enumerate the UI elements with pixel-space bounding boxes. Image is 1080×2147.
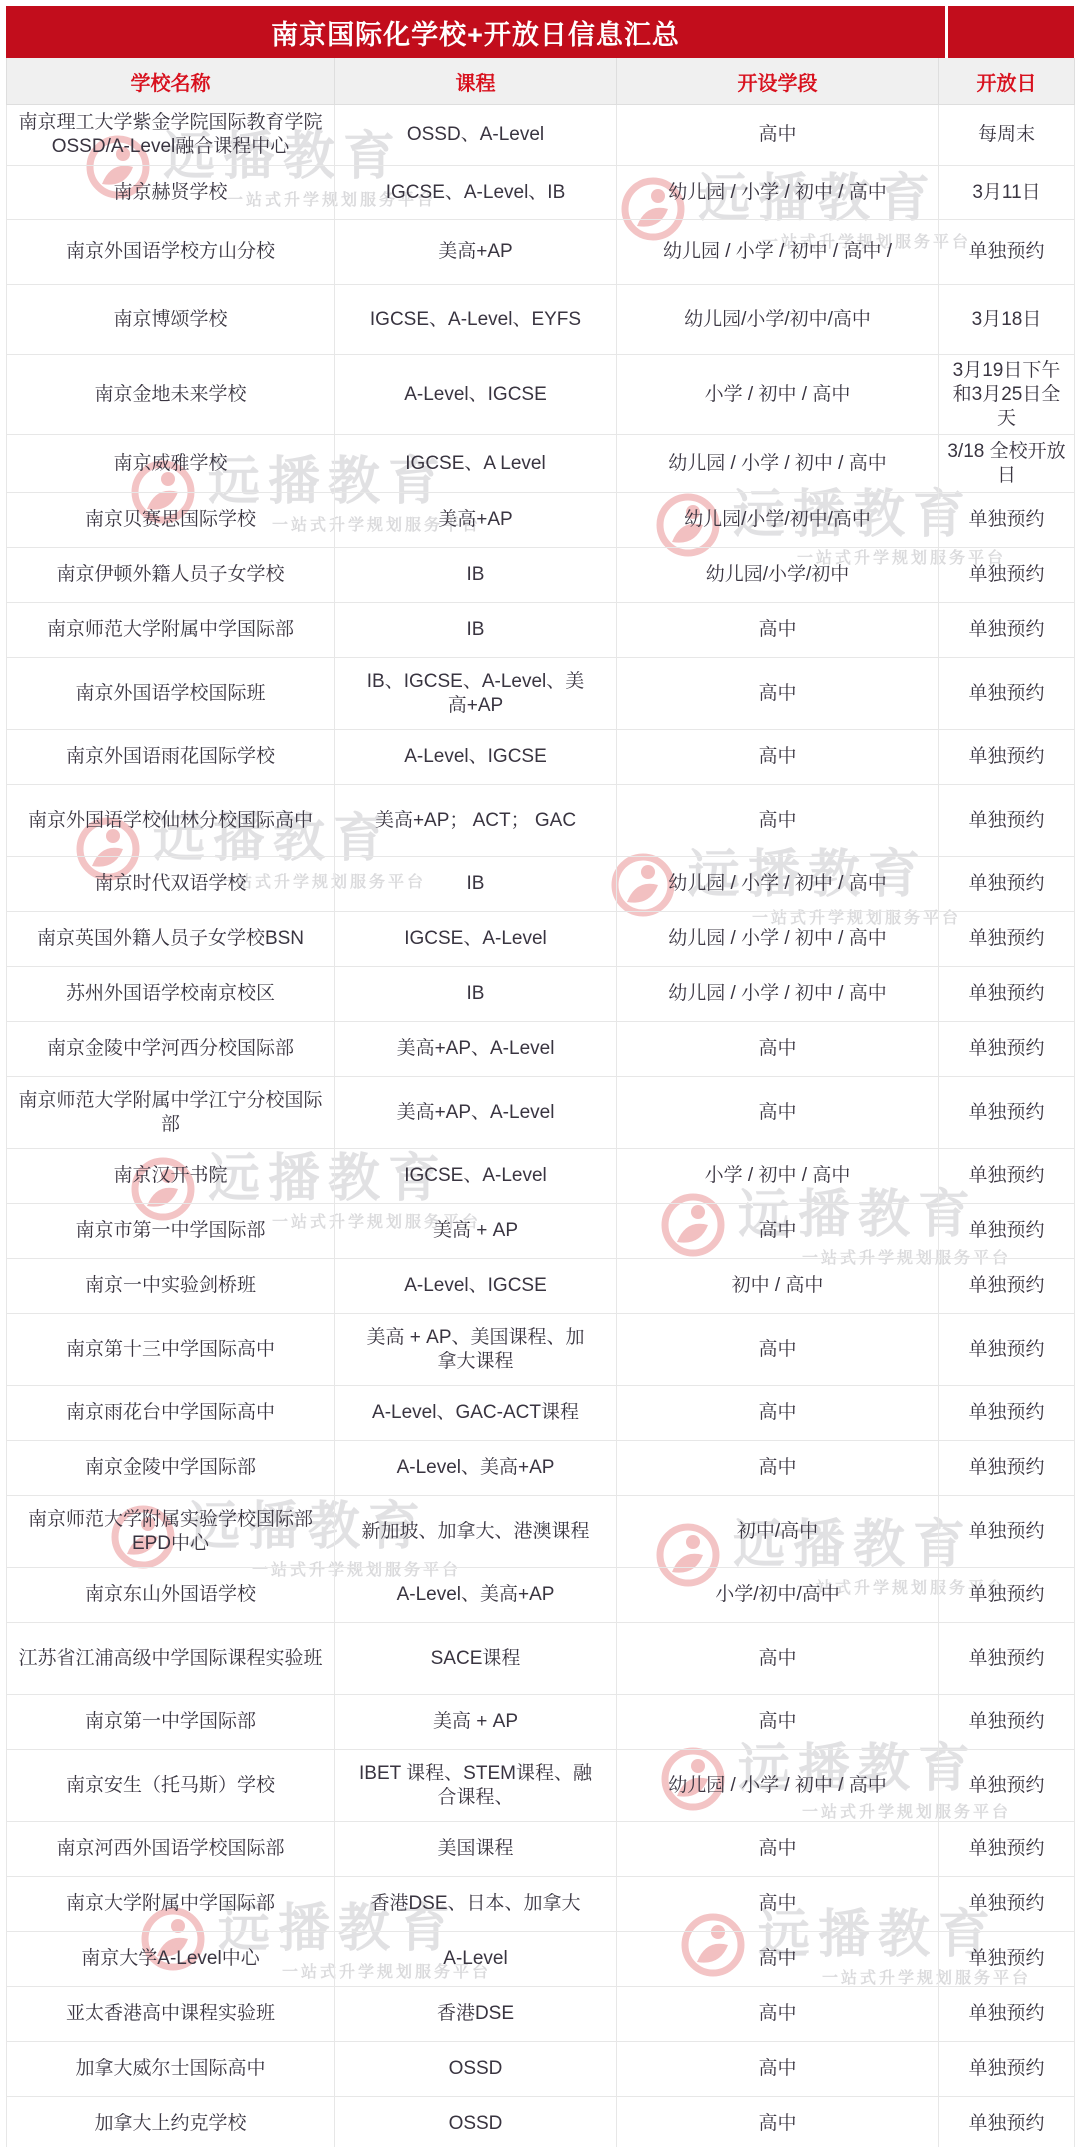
table-row: 加拿大上约克学校 OSSD 高中 单独预约 xyxy=(7,2097,1075,2147)
col-header-levels: 开设学段 xyxy=(617,58,939,105)
open-day-cell: 3月18日 xyxy=(939,285,1075,355)
table-row: 亚太香港高中课程实验班 香港DSE 高中 单独预约 xyxy=(7,1987,1075,2042)
courses-cell: 美高+AP xyxy=(335,220,617,285)
levels-cell: 高中 xyxy=(617,1204,939,1259)
table-row: 南京第十三中学国际高中 美高 + AP、美国课程、加拿大课程 高中 单独预约 xyxy=(7,1314,1075,1386)
levels-cell: 幼儿园 / 小学 / 初中 / 高中 xyxy=(617,166,939,220)
header-row: 学校名称 课程 开设学段 开放日 xyxy=(7,58,1075,105)
courses-cell: 美高+AP； ACT； GAC xyxy=(335,785,617,857)
table-row: 南京东山外国语学校 A-Level、美高+AP 小学/初中/高中 单独预约 xyxy=(7,1568,1075,1623)
school-name-cell: 南京师范大学附属中学国际部 xyxy=(7,603,335,658)
table-row: 南京一中实验剑桥班 A-Level、IGCSE 初中 / 高中 单独预约 xyxy=(7,1259,1075,1314)
col-header-courses: 课程 xyxy=(335,58,617,105)
levels-cell: 幼儿园 / 小学 / 初中 / 高中 xyxy=(617,1750,939,1822)
school-name-cell: 南京第十三中学国际高中 xyxy=(7,1314,335,1386)
table-row: 南京金陵中学河西分校国际部 美高+AP、A-Level 高中 单独预约 xyxy=(7,1022,1075,1077)
levels-cell: 高中 xyxy=(617,1441,939,1496)
school-name-cell: 南京外国语学校方山分校 xyxy=(7,220,335,285)
levels-cell: 幼儿园 / 小学 / 初中 / 高中 xyxy=(617,967,939,1022)
table-row: 南京威雅学校 IGCSE、A Level 幼儿园 / 小学 / 初中 / 高中 … xyxy=(7,435,1075,493)
levels-cell: 幼儿园 / 小学 / 初中 / 高中 xyxy=(617,435,939,493)
open-day-cell: 单独预约 xyxy=(939,2042,1075,2097)
open-day-cell: 单独预约 xyxy=(939,1822,1075,1877)
levels-cell: 高中 xyxy=(617,785,939,857)
courses-cell: A-Level、美高+AP xyxy=(335,1441,617,1496)
levels-cell: 高中 xyxy=(617,658,939,730)
open-day-cell: 每周末 xyxy=(939,105,1075,166)
courses-cell: IB xyxy=(335,967,617,1022)
table-row: 南京时代双语学校 IB 幼儿园 / 小学 / 初中 / 高中 单独预约 xyxy=(7,857,1075,912)
courses-cell: 美高+AP xyxy=(335,493,617,548)
levels-cell: 高中 xyxy=(617,1822,939,1877)
table-row: 南京师范大学附属中学国际部 IB 高中 单独预约 xyxy=(7,603,1075,658)
courses-cell: 美国课程 xyxy=(335,1822,617,1877)
levels-cell: 高中 xyxy=(617,1932,939,1987)
table-row: 加拿大威尔士国际高中 OSSD 高中 单独预约 xyxy=(7,2042,1075,2097)
levels-cell: 高中 xyxy=(617,1877,939,1932)
levels-cell: 高中 xyxy=(617,1695,939,1750)
table-row: 南京金地未来学校 A-Level、IGCSE 小学 / 初中 / 高中 3月19… xyxy=(7,355,1075,435)
courses-cell: 美高+AP、A-Level xyxy=(335,1022,617,1077)
table-row: 南京英国外籍人员子女学校BSN IGCSE、A-Level 幼儿园 / 小学 /… xyxy=(7,912,1075,967)
courses-cell: IGCSE、A-Level xyxy=(335,912,617,967)
school-name-cell: 加拿大威尔士国际高中 xyxy=(7,2042,335,2097)
levels-cell: 幼儿园/小学/初中 xyxy=(617,548,939,603)
table-row: 南京贝赛思国际学校 美高+AP 幼儿园/小学/初中/高中 单独预约 xyxy=(7,493,1075,548)
school-name-cell: 南京一中实验剑桥班 xyxy=(7,1259,335,1314)
school-name-cell: 南京东山外国语学校 xyxy=(7,1568,335,1623)
courses-cell: OSSD、A-Level xyxy=(335,105,617,166)
table-row: 南京汉开书院 IGCSE、A-Level 小学 / 初中 / 高中 单独预约 xyxy=(7,1149,1075,1204)
school-name-cell: 江苏省江浦高级中学国际课程实验班 xyxy=(7,1623,335,1695)
levels-cell: 幼儿园 / 小学 / 初中 / 高中 / xyxy=(617,220,939,285)
table-row: 南京大学附属中学国际部 香港DSE、日本、加拿大 高中 单独预约 xyxy=(7,1877,1075,1932)
school-name-cell: 南京威雅学校 xyxy=(7,435,335,493)
levels-cell: 幼儿园/小学/初中/高中 xyxy=(617,285,939,355)
open-day-cell: 单独预约 xyxy=(939,1568,1075,1623)
school-name-cell: 南京赫贤学校 xyxy=(7,166,335,220)
open-day-cell: 单独预约 xyxy=(939,548,1075,603)
courses-cell: A-Level、IGCSE xyxy=(335,355,617,435)
open-day-cell: 单独预约 xyxy=(939,1695,1075,1750)
school-name-cell: 南京金陵中学河西分校国际部 xyxy=(7,1022,335,1077)
school-name-cell: 南京英国外籍人员子女学校BSN xyxy=(7,912,335,967)
open-day-cell: 单独预约 xyxy=(939,658,1075,730)
courses-cell: 美高 + AP、美国课程、加拿大课程 xyxy=(335,1314,617,1386)
courses-cell: A-Level、美高+AP xyxy=(335,1568,617,1623)
table-row: 南京河西外国语学校国际部 美国课程 高中 单独预约 xyxy=(7,1822,1075,1877)
courses-cell: A-Level xyxy=(335,1932,617,1987)
school-name-cell: 南京安生（托马斯）学校 xyxy=(7,1750,335,1822)
levels-cell: 幼儿园/小学/初中/高中 xyxy=(617,493,939,548)
open-day-cell: 单独预约 xyxy=(939,2097,1075,2147)
table-row: 南京理工大学紫金学院国际教育学院OSSD/A-Level融合课程中心 OSSD、… xyxy=(7,105,1075,166)
courses-cell: OSSD xyxy=(335,2042,617,2097)
levels-cell: 幼儿园 / 小学 / 初中 / 高中 xyxy=(617,857,939,912)
school-name-cell: 南京伊顿外籍人员子女学校 xyxy=(7,548,335,603)
courses-cell: IB xyxy=(335,857,617,912)
courses-cell: IB xyxy=(335,603,617,658)
school-name-cell: 南京第一中学国际部 xyxy=(7,1695,335,1750)
open-day-cell: 单独预约 xyxy=(939,220,1075,285)
levels-cell: 初中/高中 xyxy=(617,1496,939,1568)
levels-cell: 小学/初中/高中 xyxy=(617,1568,939,1623)
school-name-cell: 南京时代双语学校 xyxy=(7,857,335,912)
levels-cell: 幼儿园 / 小学 / 初中 / 高中 xyxy=(617,912,939,967)
open-day-cell: 单独预约 xyxy=(939,1314,1075,1386)
table-row: 南京市第一中学国际部 美高 + AP 高中 单独预约 xyxy=(7,1204,1075,1259)
courses-cell: IGCSE、A-Level、EYFS xyxy=(335,285,617,355)
open-day-cell: 单独预约 xyxy=(939,912,1075,967)
school-name-cell: 南京汉开书院 xyxy=(7,1149,335,1204)
levels-cell: 初中 / 高中 xyxy=(617,1259,939,1314)
school-name-cell: 苏州外国语学校南京校区 xyxy=(7,967,335,1022)
table-row: 南京博颂学校 IGCSE、A-Level、EYFS 幼儿园/小学/初中/高中 3… xyxy=(7,285,1075,355)
open-day-cell: 单独预约 xyxy=(939,1259,1075,1314)
levels-cell: 高中 xyxy=(617,105,939,166)
school-name-cell: 南京金地未来学校 xyxy=(7,355,335,435)
levels-cell: 高中 xyxy=(617,1022,939,1077)
open-day-cell: 单独预约 xyxy=(939,1877,1075,1932)
school-name-cell: 南京市第一中学国际部 xyxy=(7,1204,335,1259)
levels-cell: 高中 xyxy=(617,2097,939,2147)
levels-cell: 高中 xyxy=(617,1314,939,1386)
courses-cell: IBET 课程、STEM课程、融合课程、 xyxy=(335,1750,617,1822)
school-name-cell: 南京大学A-Level中心 xyxy=(7,1932,335,1987)
table-row: 南京安生（托马斯）学校 IBET 课程、STEM课程、融合课程、 幼儿园 / 小… xyxy=(7,1750,1075,1822)
levels-cell: 高中 xyxy=(617,1987,939,2042)
levels-cell: 高中 xyxy=(617,1077,939,1149)
courses-cell: 香港DSE xyxy=(335,1987,617,2042)
courses-cell: IGCSE、A-Level xyxy=(335,1149,617,1204)
table-row: 南京外国语雨花国际学校 A-Level、IGCSE 高中 单独预约 xyxy=(7,730,1075,785)
table-row: 南京伊顿外籍人员子女学校 IB 幼儿园/小学/初中 单独预约 xyxy=(7,548,1075,603)
school-name-cell: 南京雨花台中学国际高中 xyxy=(7,1386,335,1441)
schools-table: 学校名称 课程 开设学段 开放日 南京理工大学紫金学院国际教育学院OSSD/A-… xyxy=(6,58,1075,2147)
open-day-cell: 单独预约 xyxy=(939,785,1075,857)
table-row: 南京金陵中学国际部 A-Level、美高+AP 高中 单独预约 xyxy=(7,1441,1075,1496)
school-name-cell: 南京师范大学附属中学江宁分校国际部 xyxy=(7,1077,335,1149)
levels-cell: 小学 / 初中 / 高中 xyxy=(617,355,939,435)
open-day-cell: 3月19日下午和3月25日全天 xyxy=(939,355,1075,435)
courses-cell: OSSD xyxy=(335,2097,617,2147)
courses-cell: IB xyxy=(335,548,617,603)
open-day-cell: 单独预约 xyxy=(939,1149,1075,1204)
school-name-cell: 南京外国语雨花国际学校 xyxy=(7,730,335,785)
col-header-school: 学校名称 xyxy=(7,58,335,105)
table-row: 南京大学A-Level中心 A-Level 高中 单独预约 xyxy=(7,1932,1075,1987)
levels-cell: 高中 xyxy=(617,730,939,785)
open-day-cell: 单独预约 xyxy=(939,603,1075,658)
school-name-cell: 南京贝赛思国际学校 xyxy=(7,493,335,548)
courses-cell: A-Level、IGCSE xyxy=(335,1259,617,1314)
courses-cell: IGCSE、A-Level、IB xyxy=(335,166,617,220)
courses-cell: IGCSE、A Level xyxy=(335,435,617,493)
levels-cell: 小学 / 初中 / 高中 xyxy=(617,1149,939,1204)
school-name-cell: 加拿大上约克学校 xyxy=(7,2097,335,2147)
open-day-cell: 单独预约 xyxy=(939,967,1075,1022)
table-row: 南京第一中学国际部 美高 + AP 高中 单独预约 xyxy=(7,1695,1075,1750)
school-name-cell: 南京金陵中学国际部 xyxy=(7,1441,335,1496)
open-day-cell: 单独预约 xyxy=(939,1386,1075,1441)
open-day-cell: 3月11日 xyxy=(939,166,1075,220)
table-row: 南京外国语学校国际班 IB、IGCSE、A-Level、美高+AP 高中 单独预… xyxy=(7,658,1075,730)
open-day-cell: 单独预约 xyxy=(939,493,1075,548)
courses-cell: 美高 + AP xyxy=(335,1695,617,1750)
courses-cell: 美高 + AP xyxy=(335,1204,617,1259)
open-day-cell: 单独预约 xyxy=(939,1204,1075,1259)
school-name-cell: 南京外国语学校国际班 xyxy=(7,658,335,730)
courses-cell: SACE课程 xyxy=(335,1623,617,1695)
levels-cell: 高中 xyxy=(617,1623,939,1695)
table-row: 南京外国语学校仙林分校国际高中 美高+AP； ACT； GAC 高中 单独预约 xyxy=(7,785,1075,857)
courses-cell: 香港DSE、日本、加拿大 xyxy=(335,1877,617,1932)
school-name-cell: 南京外国语学校仙林分校国际高中 xyxy=(7,785,335,857)
open-day-cell: 3/18 全校开放日 xyxy=(939,435,1075,493)
school-name-cell: 南京师范大学附属实验学校国际部EPD中心 xyxy=(7,1496,335,1568)
courses-cell: 新加坡、加拿大、港澳课程 xyxy=(335,1496,617,1568)
levels-cell: 高中 xyxy=(617,603,939,658)
table-row: 苏州外国语学校南京校区 IB 幼儿园 / 小学 / 初中 / 高中 单独预约 xyxy=(7,967,1075,1022)
open-day-cell: 单独预约 xyxy=(939,857,1075,912)
table-row: 南京雨花台中学国际高中 A-Level、GAC-ACT课程 高中 单独预约 xyxy=(7,1386,1075,1441)
school-name-cell: 南京大学附属中学国际部 xyxy=(7,1877,335,1932)
title-bar: 南京国际化学校+开放日信息汇总 xyxy=(6,6,1074,58)
courses-cell: A-Level、GAC-ACT课程 xyxy=(335,1386,617,1441)
open-day-cell: 单独预约 xyxy=(939,1987,1075,2042)
col-header-open-day: 开放日 xyxy=(939,58,1075,105)
school-name-cell: 亚太香港高中课程实验班 xyxy=(7,1987,335,2042)
table-row: 南京赫贤学校 IGCSE、A-Level、IB 幼儿园 / 小学 / 初中 / … xyxy=(7,166,1075,220)
courses-cell: 美高+AP、A-Level xyxy=(335,1077,617,1149)
levels-cell: 高中 xyxy=(617,2042,939,2097)
school-name-cell: 南京河西外国语学校国际部 xyxy=(7,1822,335,1877)
open-day-cell: 单独预约 xyxy=(939,1623,1075,1695)
open-day-cell: 单独预约 xyxy=(939,1077,1075,1149)
open-day-cell: 单独预约 xyxy=(939,1932,1075,1987)
open-day-cell: 单独预约 xyxy=(939,1441,1075,1496)
open-day-cell: 单独预约 xyxy=(939,1496,1075,1568)
table-row: 南京师范大学附属中学江宁分校国际部 美高+AP、A-Level 高中 单独预约 xyxy=(7,1077,1075,1149)
open-day-summary-table: 南京国际化学校+开放日信息汇总 学校名称 课程 开设学段 开放日 南京理工大学紫… xyxy=(6,6,1074,2147)
courses-cell: IB、IGCSE、A-Level、美高+AP xyxy=(335,658,617,730)
school-name-cell: 南京理工大学紫金学院国际教育学院OSSD/A-Level融合课程中心 xyxy=(7,105,335,166)
open-day-cell: 单独预约 xyxy=(939,1750,1075,1822)
open-day-cell: 单独预约 xyxy=(939,1022,1075,1077)
levels-cell: 高中 xyxy=(617,1386,939,1441)
table-row: 南京外国语学校方山分校 美高+AP 幼儿园 / 小学 / 初中 / 高中 / 单… xyxy=(7,220,1075,285)
table-row: 南京师范大学附属实验学校国际部EPD中心 新加坡、加拿大、港澳课程 初中/高中 … xyxy=(7,1496,1075,1568)
school-name-cell: 南京博颂学校 xyxy=(7,285,335,355)
table-row: 江苏省江浦高级中学国际课程实验班 SACE课程 高中 单独预约 xyxy=(7,1623,1075,1695)
courses-cell: A-Level、IGCSE xyxy=(335,730,617,785)
open-day-cell: 单独预约 xyxy=(939,730,1075,785)
title-bar-right-segment xyxy=(948,6,1074,58)
page-title: 南京国际化学校+开放日信息汇总 xyxy=(6,6,945,58)
